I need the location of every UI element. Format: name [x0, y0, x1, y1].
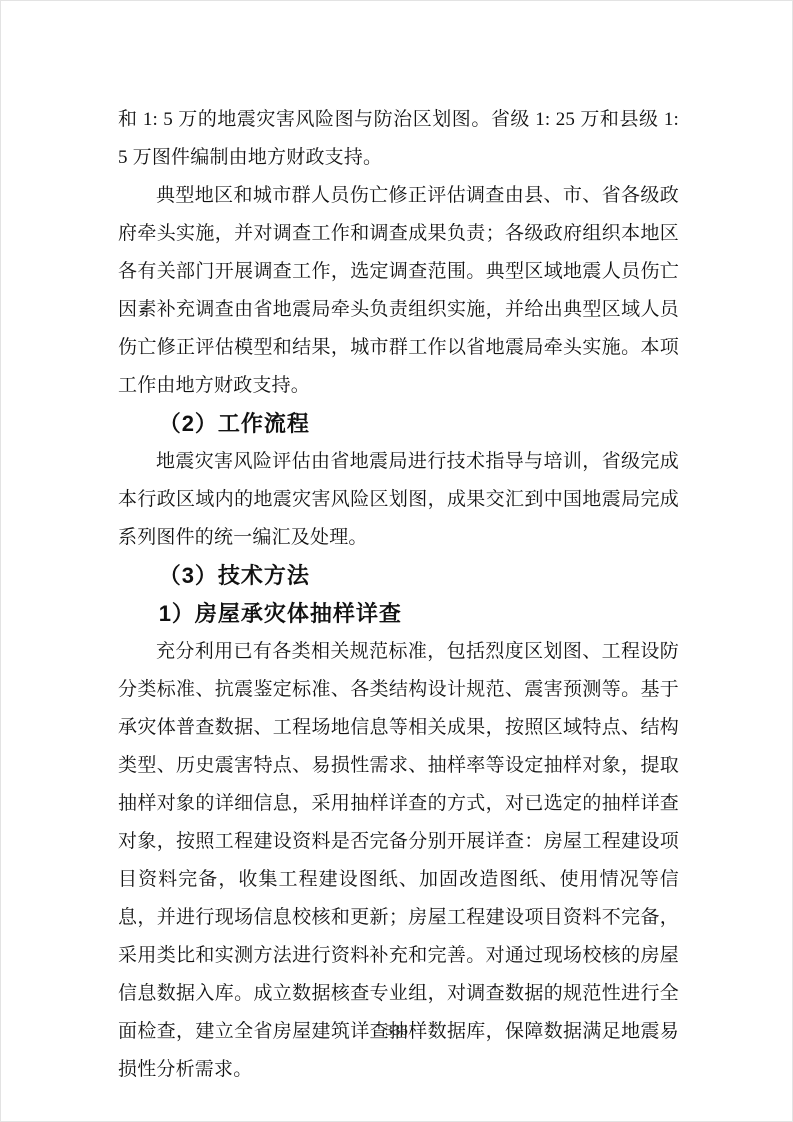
- paragraph-casualty-survey: 典型地区和城市群人员伤亡修正评估调查由县、市、省各级政府牵头实施，并对调查工作和…: [118, 177, 679, 405]
- paragraph-continuation: 和 1: 5 万的地震灾害风险图与防治区划图。省级 1: 25 万和县级 1: …: [118, 101, 679, 177]
- text-block: 和 1: 5 万的地震灾害风险图与防治区划图。省级 1: 25 万和县级 1: …: [118, 101, 679, 1089]
- subsection-heading-building-sampling-survey: 1）房屋承灾体抽样详查: [118, 595, 679, 633]
- page-number: 336: [1, 1023, 792, 1040]
- section-heading-technical-method: （3）技术方法: [118, 557, 679, 595]
- paragraph-sampling-survey-detail: 充分利用已有各类相关规范标准，包括烈度区划图、工程设防分类标准、抗震鉴定标准、各…: [118, 633, 679, 1089]
- section-heading-work-process: （2）工作流程: [118, 405, 679, 443]
- document-page: { "page": { "number": "336" }, "colors":…: [0, 0, 793, 1122]
- paragraph-risk-assessment: 地震灾害风险评估由省地震局进行技术指导与培训，省级完成本行政区域内的地震灾害风险…: [118, 443, 679, 557]
